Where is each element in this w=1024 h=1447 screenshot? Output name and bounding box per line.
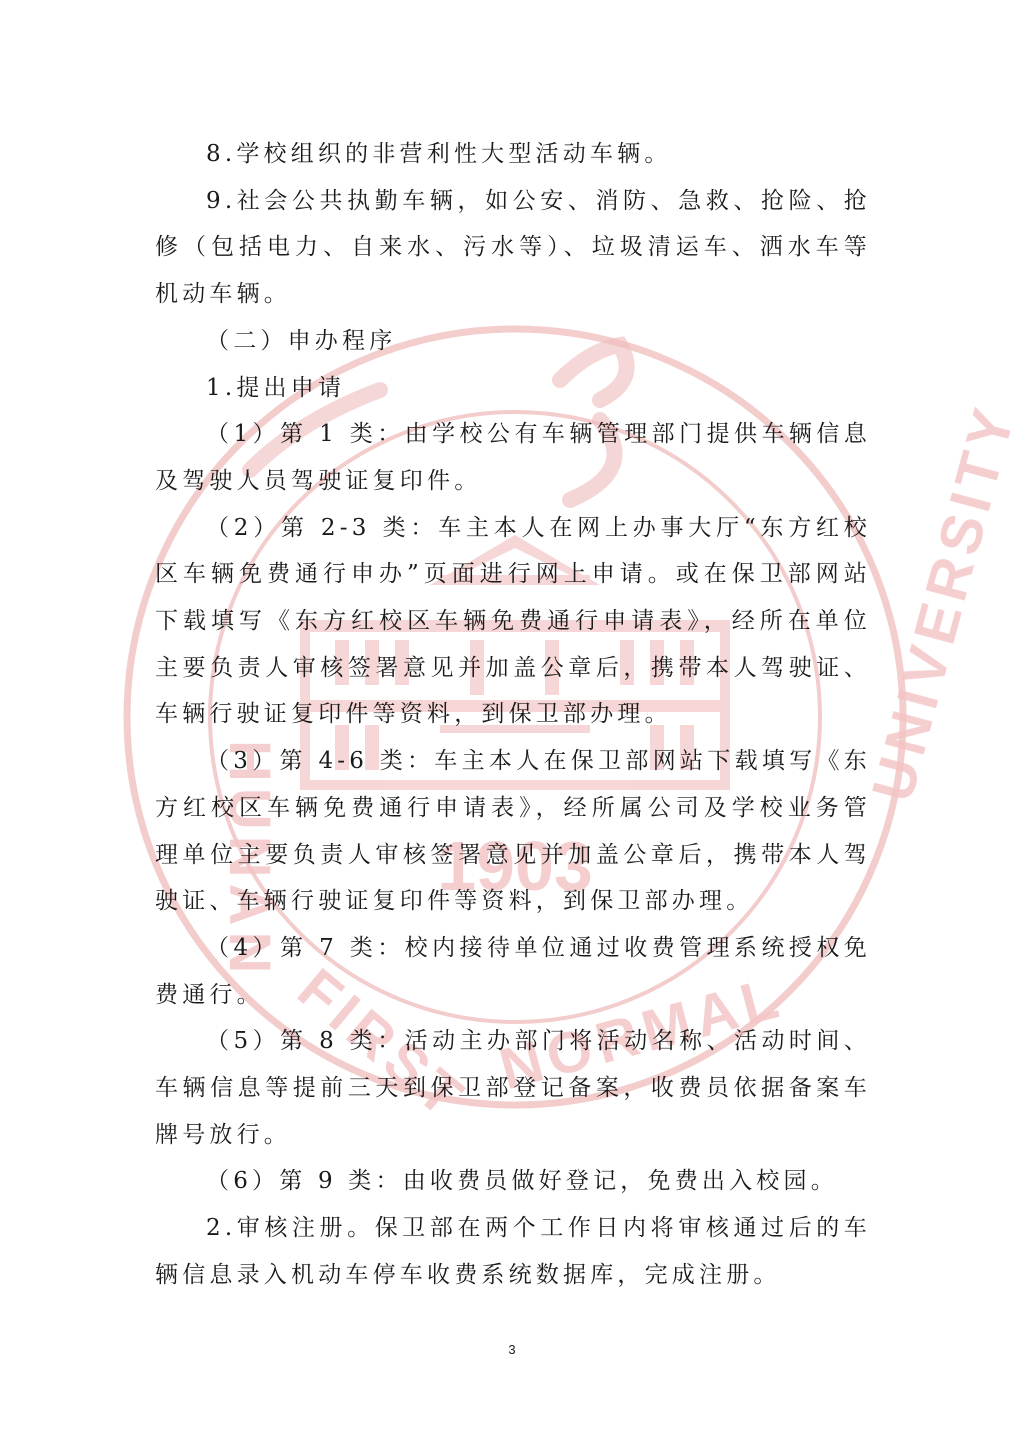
paragraph-category-8: （5）第 8 类：活动主办部门将活动名称、活动时间、车辆信息等提前三天到保卫部登… <box>155 1018 871 1158</box>
list-item-9: 9.社会公共执勤车辆，如公安、消防、急救、抢险、抢修（包括电力、自来水、污水等）… <box>155 178 871 318</box>
paragraph-category-4-6: （3）第 4-6 类：车主本人在保卫部网站下载填写《东方红校区车辆免费通行申请表… <box>155 738 871 925</box>
paragraph-category-7: （4）第 7 类：校内接待单位通过收费管理系统授权免费通行。 <box>155 925 871 1018</box>
step-heading-submit-application: 1.提出申请 <box>155 365 871 412</box>
page-number: 3 <box>0 1342 1024 1357</box>
paragraph-category-2-3: （2）第 2-3 类：车主本人在网上办事大厅“东方红校区车辆免费通行申办”页面进… <box>155 505 871 739</box>
document-body: 8.学校组织的非营利性大型活动车辆。 9.社会公共执勤车辆，如公安、消防、急救、… <box>155 131 871 1299</box>
paragraph-category-9: （6）第 9 类：由收费员做好登记，免费出入校园。 <box>155 1158 871 1205</box>
paragraph-review-registration: 2.审核注册。保卫部在两个工作日内将审核通过后的车辆信息录入机动车停车收费系统数… <box>155 1205 871 1298</box>
svg-text:UNIVERSITY: UNIVERSITY <box>860 397 1024 808</box>
section-heading-application-procedure: （二）申办程序 <box>155 318 871 365</box>
paragraph-category-1: （1）第 1 类：由学校公有车辆管理部门提供车辆信息及驾驶人员驾驶证复印件。 <box>155 411 871 504</box>
list-item-8: 8.学校组织的非营利性大型活动车辆。 <box>155 131 871 178</box>
document-page: 1903 HUNAN UNIVERSITY FIRST NORMAL 8.学校组… <box>0 0 1024 1447</box>
